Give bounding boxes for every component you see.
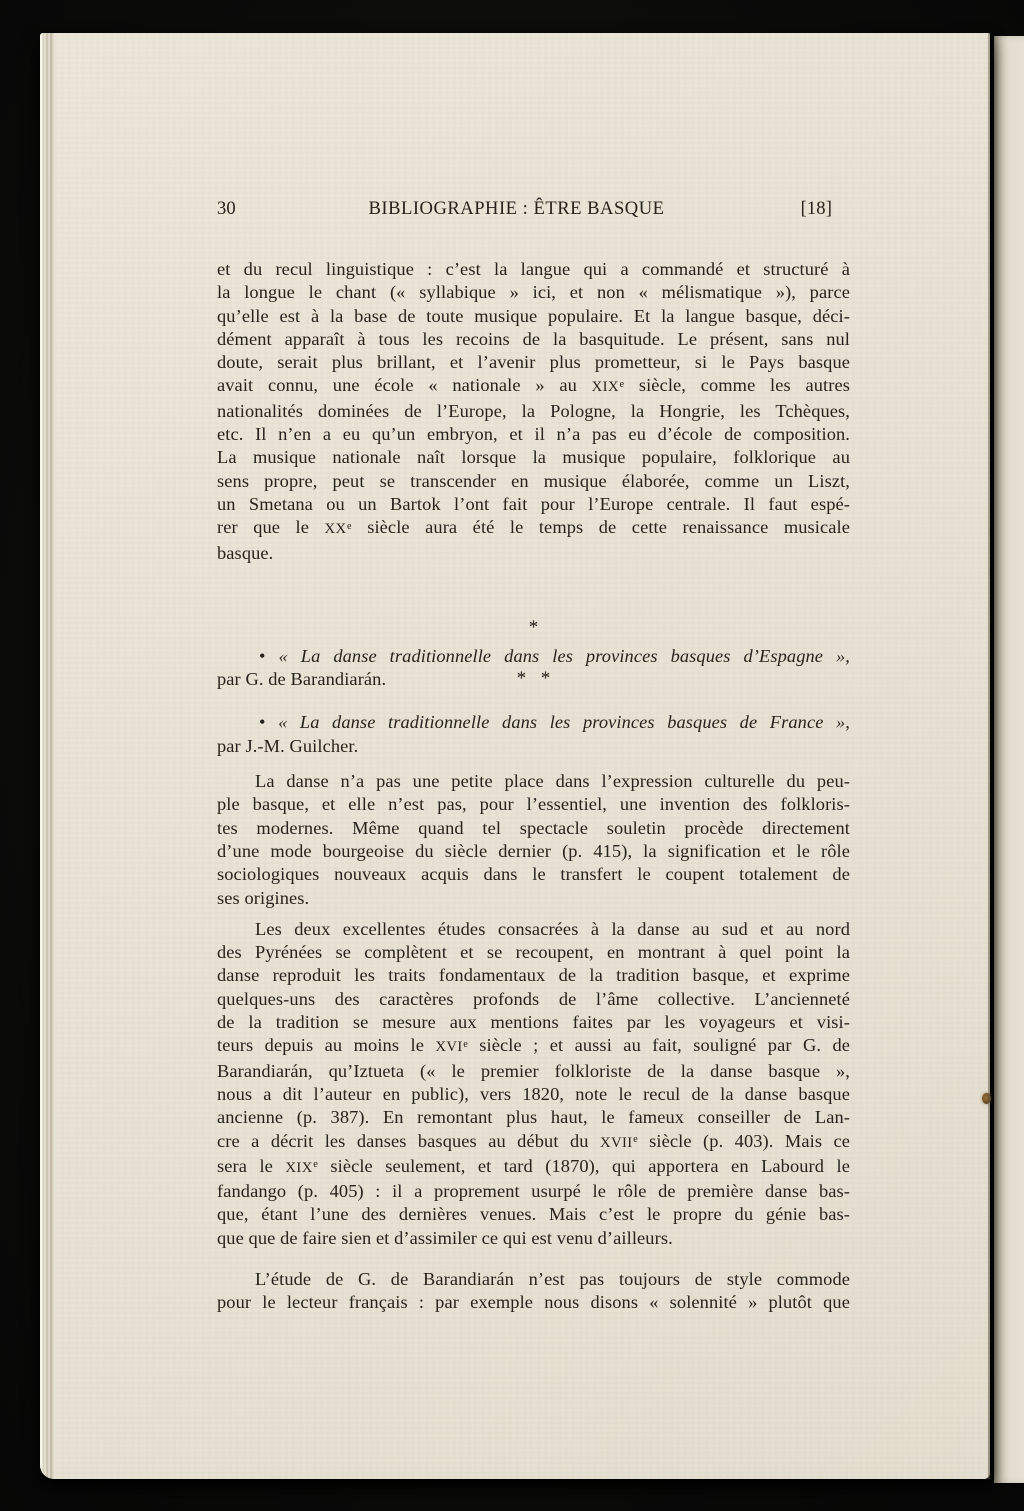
text-line: un Smetana ou un Bartok l’ont fait pour … [217, 493, 850, 516]
text-line: et du recul linguistique : c’est la lang… [217, 258, 850, 281]
paragraph-les-deux-etudes: Les deux excellentes études consacrées à… [217, 918, 850, 1250]
divider-asterisk-top: * [217, 619, 850, 636]
text-line: d’une mode bourgeoise du siècle dernier … [217, 840, 850, 863]
text-line: ses origines. [217, 887, 850, 910]
entry-title-line: • « La danse traditionnelle dans les pro… [217, 711, 850, 734]
text-line: dément apparaît à tous les recoins de la… [217, 328, 850, 351]
text-line: que que de faire sien et d’assimiler ce … [217, 1227, 850, 1250]
bibliography-entry-france: • « La danse traditionnelle dans les pro… [217, 711, 850, 758]
page-stack-edges [40, 33, 60, 1479]
photo-background: 30 BIBLIOGRAPHIE : ÊTRE BASQUE [18] et d… [0, 0, 1024, 1511]
next-page-edge [994, 36, 1024, 1483]
text-line: L’étude de G. de Barandiarán n’est pas t… [217, 1268, 850, 1291]
page-header: 30 BIBLIOGRAPHIE : ÊTRE BASQUE [18] [217, 197, 850, 221]
text-line: cre a décrit les danses basques au début… [217, 1130, 850, 1155]
book-page: 30 BIBLIOGRAPHIE : ÊTRE BASQUE [18] et d… [40, 33, 990, 1479]
section-divider: * * * [217, 585, 850, 619]
text-line: etc. Il n’en a eu qu’un embryon, et il n… [217, 423, 850, 446]
text-line: avait connu, une école « nationale » au … [217, 374, 850, 399]
bullet-icon: • [259, 712, 266, 732]
text-line: basque. [217, 542, 850, 565]
text-block: 30 BIBLIOGRAPHIE : ÊTRE BASQUE [18] et d… [217, 197, 850, 1315]
text-line: sociologiques nouveaux acquis dans le tr… [217, 863, 850, 886]
text-line: que, étant l’une des dernières venues. M… [217, 1203, 850, 1226]
text-line: teurs depuis au moins le XVIe siècle ; e… [217, 1034, 850, 1059]
text-line: pour le lecteur français : par exemple n… [217, 1291, 850, 1314]
text-line: la longue le chant (« syllabique » ici, … [217, 281, 850, 304]
text-line: ancienne (p. 387). En remontant plus hau… [217, 1106, 850, 1129]
reference-number: [18] [801, 197, 832, 220]
text-line: des Pyrénées se complètent et se recoupe… [217, 941, 850, 964]
page-number: 30 [217, 197, 236, 220]
text-line: Barandiarán, qu’Iztueta (« le premier fo… [217, 1060, 850, 1083]
entry-title-line: • « La danse traditionnelle dans les pro… [217, 645, 850, 668]
text-line: Les deux excellentes études consacrées à… [217, 918, 850, 941]
text-line: nationalités dominées de l’Europe, la Po… [217, 400, 850, 423]
text-line: fandango (p. 405) : il a proprement usur… [217, 1180, 850, 1203]
paragraph-la-danse: La danse n’a pas une petite place dans l… [217, 770, 850, 910]
text-line: tes modernes. Même quand tel spectacle s… [217, 817, 850, 840]
paragraph-etude-style: L’étude de G. de Barandiarán n’est pas t… [217, 1268, 850, 1315]
bullet-icon: • [259, 646, 266, 666]
text-line: rer que le XXe siècle aura été le temps … [217, 516, 850, 541]
paragraph-musique-basque: et du recul linguistique : c’est la lang… [217, 258, 850, 565]
text-line: quelques-uns des caractères profonds de … [217, 988, 850, 1011]
text-line: qu’elle est à la base de toute musique p… [217, 305, 850, 328]
running-title: BIBLIOGRAPHIE : ÊTRE BASQUE [368, 197, 664, 220]
text-line: La danse n’a pas une petite place dans l… [217, 770, 850, 793]
text-line: ple basque, et elle n’est pas, pour l’es… [217, 793, 850, 816]
text-line: de la tradition se mesure aux mentions f… [217, 1011, 850, 1034]
text-line: nous a dit l’auteur en public), vers 182… [217, 1083, 850, 1106]
entry-title: « La danse traditionnelle dans les provi… [279, 646, 851, 666]
entry-author: par J.-M. Guilcher. [217, 735, 850, 758]
entry-title: « La danse traditionnelle dans les provi… [278, 712, 850, 732]
page-blemish [982, 1093, 991, 1104]
text-line: La musique nationale naît lorsque la mus… [217, 446, 850, 469]
text-line: sera le XIXe siècle seulement, et tard (… [217, 1155, 850, 1180]
text-line: danse reproduit les traits fondamentaux … [217, 964, 850, 987]
text-line: doute, serait plus brillant, et l’avenir… [217, 351, 850, 374]
text-line: sens propre, peut se transcender en musi… [217, 470, 850, 493]
